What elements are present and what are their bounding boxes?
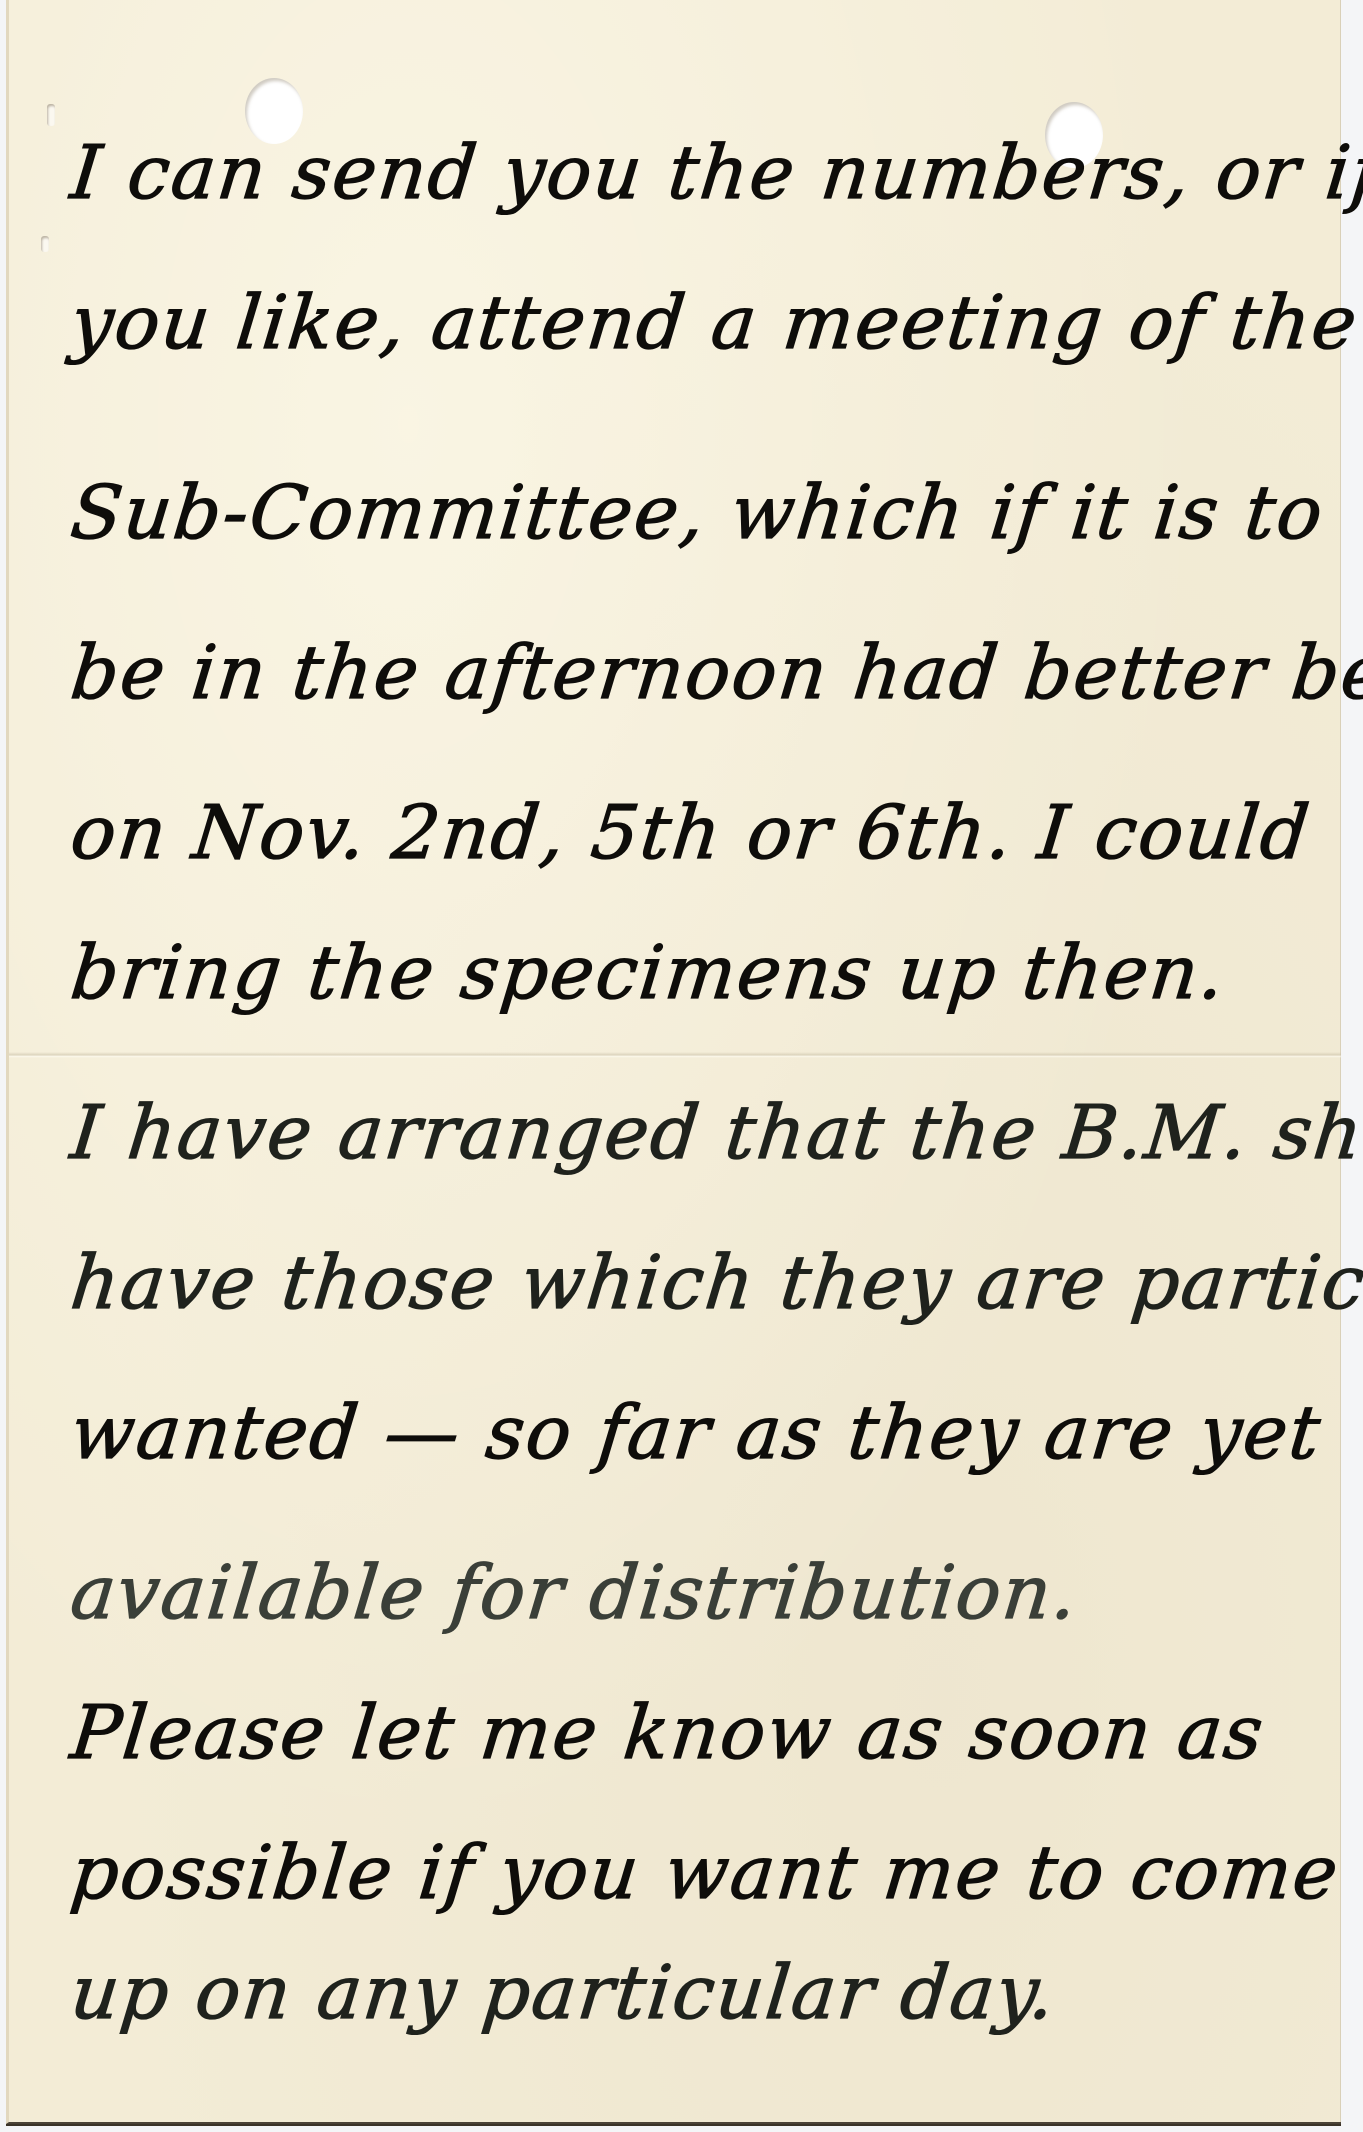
- letter-line-7: I have arranged that the B.M. shall: [67, 1090, 1363, 1176]
- letter-line-1: I can send you the numbers, or if: [67, 130, 1363, 216]
- paper-fold-line: [9, 1052, 1341, 1058]
- letter-line-11: Please let me know as soon as: [67, 1690, 1269, 1776]
- letter-page: I can send you the numbers, or if you li…: [6, 0, 1341, 2124]
- letter-line-5: on Nov. 2nd, 5th or 6th. I could: [67, 790, 1315, 876]
- letter-line-8: have those which they are particularly: [67, 1240, 1363, 1326]
- letter-line-6: bring the specimens up then.: [67, 930, 1230, 1016]
- letter-line-12: possible if you want me to come: [67, 1830, 1344, 1916]
- margin-tear-mark: [47, 104, 55, 126]
- letter-line-3: Sub-Committee, which if it is to: [67, 470, 1328, 556]
- letter-line-4: be in the afternoon had better be: [67, 630, 1363, 716]
- margin-tear-mark: [41, 236, 49, 252]
- letter-line-10: available for distribution.: [67, 1550, 1083, 1636]
- letter-line-9: wanted — so far as they are yet: [67, 1390, 1326, 1476]
- letter-line-2: you like, attend a meeting of the: [67, 280, 1363, 366]
- letter-line-13: up on any particular day.: [67, 1950, 1060, 2036]
